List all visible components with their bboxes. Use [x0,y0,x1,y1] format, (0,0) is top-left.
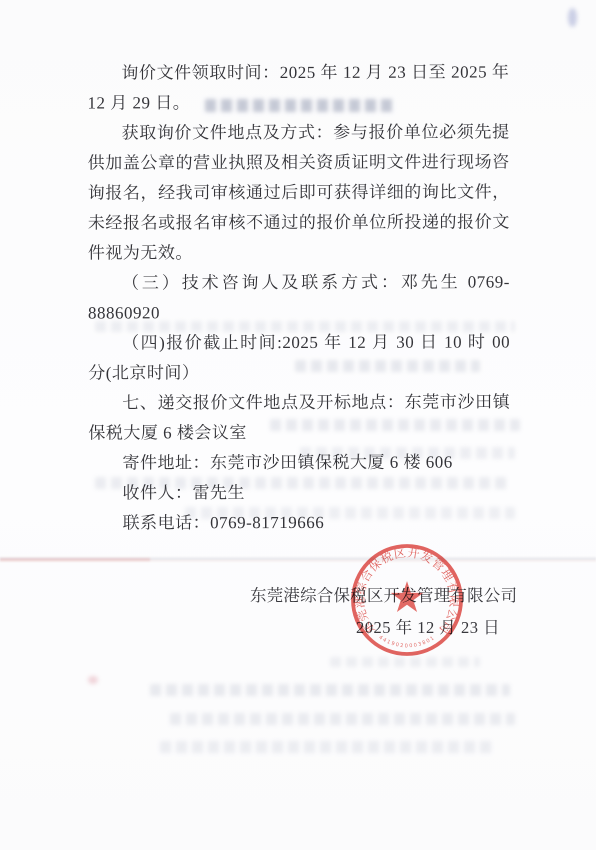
paragraph-mailing-address: 寄件地址：东莞市沙田镇保税大厦 6 楼 606 [88,447,510,478]
paragraph-recipient: 收件人：雷先生 [88,477,510,508]
paragraph-obtain-method: 获取询价文件地点及方式：参与报价单位必须先提供加盖公章的营业执照及相关资质证明文… [88,117,510,268]
paragraph-submission-place: 七、递交报价文件地点及开标地点：东莞市沙田镇保税大厦 6 楼会议室 [88,387,510,448]
bleedthrough-text [170,713,515,725]
paragraph-tech-contact: （三）技术咨询人及联系方式：邓先生 0769-88860920 [88,267,510,328]
paragraph-collection-time: 询价文件领取时间：2025 年 12 月 23 日至 2025 年 12 月 2… [87,57,509,118]
paragraph-deadline: （四)报价截止时间:2025 年 12 月 30 日 10 时 00 分(北京时… [88,327,510,388]
scan-crease-line [0,556,596,563]
svg-text:4419020003801: 4419020003801 [378,635,437,650]
document-body: 询价文件领取时间：2025 年 12 月 23 日至 2025 年 12 月 2… [87,57,510,538]
bleedthrough-text [150,684,510,696]
scan-smudge [88,676,98,684]
paragraph-phone: 联系电话：0769-81719666 [89,507,511,538]
seal-star-icon [391,581,424,612]
seal-serial-number: 4419020003801 [378,635,437,650]
scanned-document-page: 询价文件领取时间：2025 年 12 月 23 日至 2025 年 12 月 2… [0,0,596,850]
bleedthrough-text [160,741,495,753]
company-seal-stamp: 东莞港综合保税区开发管理有限公司 4419020003801 [344,537,470,663]
scan-crease-tint [0,558,150,561]
scan-smudge [568,8,577,27]
